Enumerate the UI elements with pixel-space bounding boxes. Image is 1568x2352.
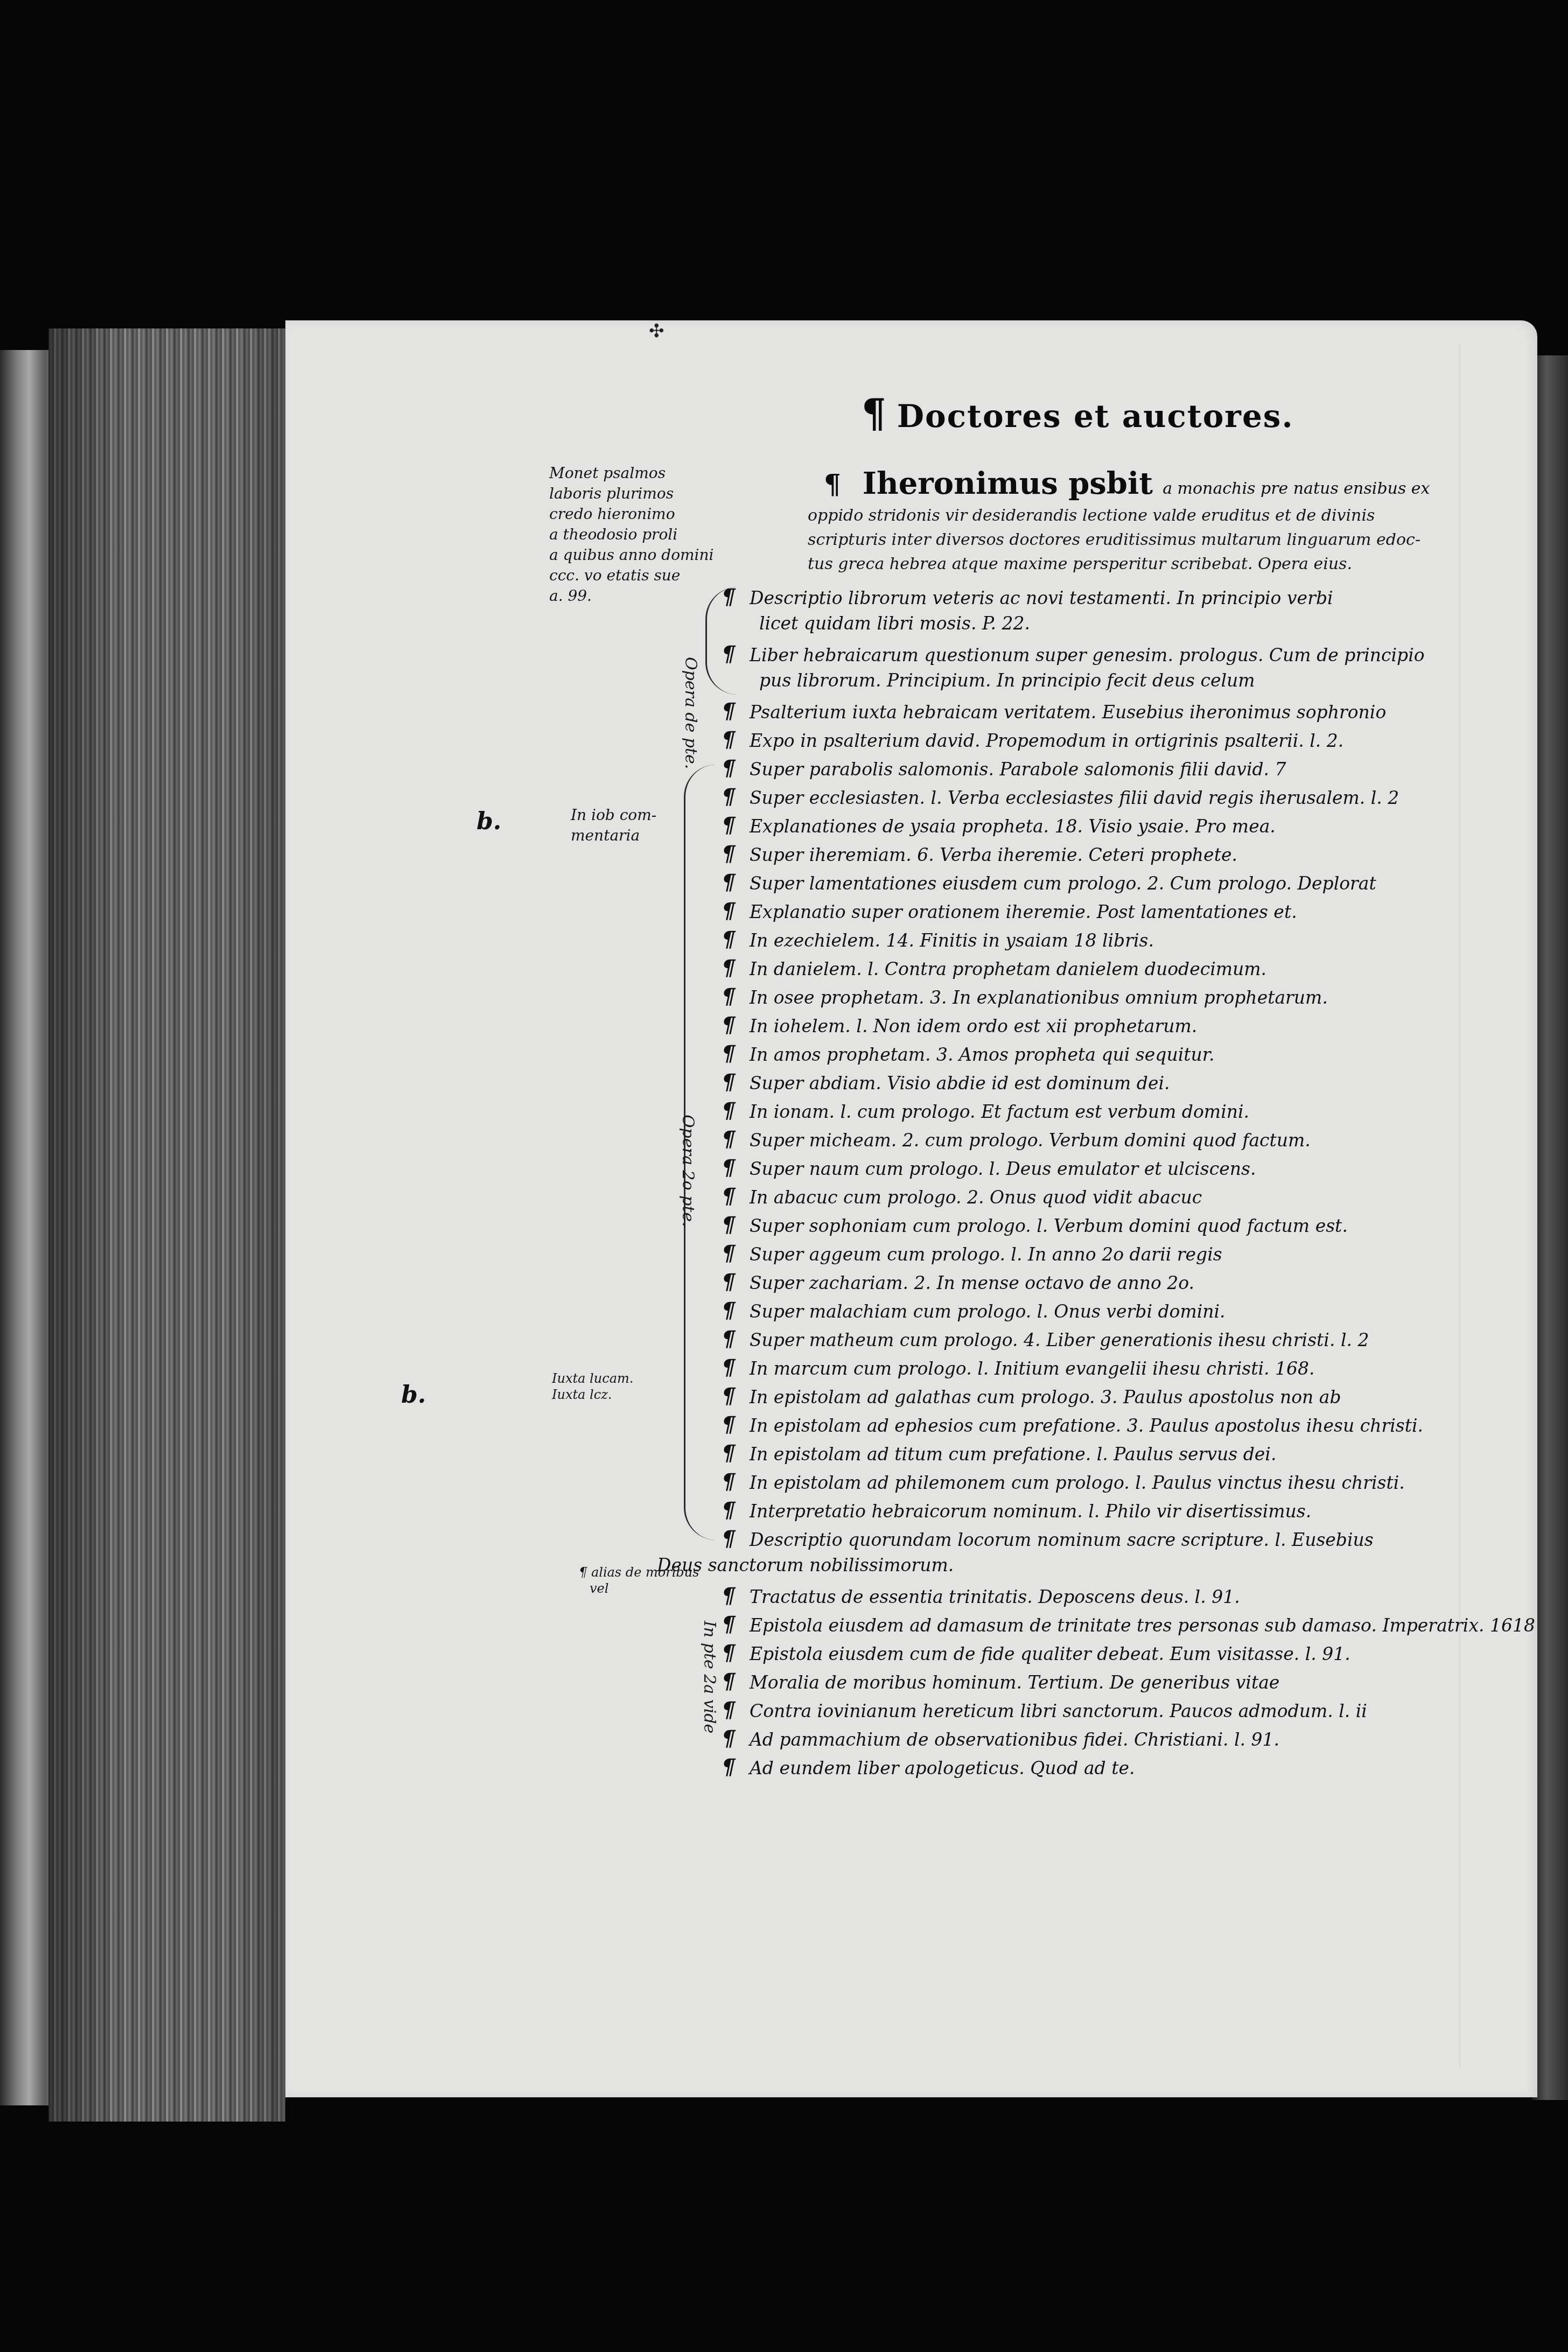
margin-line: a theodosio proli — [549, 524, 714, 545]
list-item: ¶In amos prophetam. 3. Amos propheta qui… — [722, 1041, 1502, 1069]
list-item: ¶In iohelem. l. Non idem ordo est xii pr… — [722, 1012, 1502, 1041]
right-page-fold — [1532, 355, 1568, 2100]
margin-line: credo hieronimo — [549, 504, 714, 524]
page-stack-shadow — [48, 328, 285, 2122]
entry-text: In marcum cum prologo. l. Initium evange… — [750, 1358, 1315, 1379]
list-item: ¶Ad eundem liber apologeticus. Quod ad t… — [722, 1754, 1502, 1783]
entry-text: Tractatus de essentia trinitatis. Deposc… — [750, 1586, 1240, 1607]
margin-line: ccc. vo etatis sue — [549, 565, 714, 586]
paragraph-mark-icon: ¶ — [719, 870, 748, 895]
paragraph-mark-icon: ¶ — [719, 1355, 748, 1380]
intro-line: scripturis inter diversos doctores erudi… — [808, 530, 1465, 549]
paragraph-mark-icon: ¶ — [719, 1298, 748, 1323]
paragraph-mark-icon: ¶ — [719, 1754, 748, 1780]
left-margin-note: Monet psalmos laboris plurimos credo hie… — [549, 463, 714, 606]
list-item: ¶Ad pammachium de observationibus fidei.… — [722, 1726, 1502, 1754]
list-item: ¶Descriptio librorum veteris ac novi tes… — [722, 584, 1502, 613]
list-item: ¶Super malachiam cum prologo. l. Onus ve… — [722, 1298, 1502, 1326]
margin-annotation: In iob com- mentaria — [571, 805, 656, 846]
paragraph-mark-icon: ¶ — [719, 927, 748, 952]
paragraph-mark-icon: ¶ — [719, 841, 748, 866]
entry-text: Super aggeum cum prologo. l. In anno 2o … — [750, 1244, 1222, 1265]
list-item: ¶Interpretatio hebraicorum nominum. l. P… — [722, 1497, 1502, 1526]
vertical-margin-note: Opera de pte. — [681, 657, 700, 769]
author-heading: ¶Iheronimus psbita monachis pre natus en… — [824, 466, 1430, 501]
list-item: ¶Tractatus de essentia trinitatis. Depos… — [722, 1583, 1502, 1612]
paragraph-mark-icon: ¶ — [719, 1069, 748, 1095]
paragraph-mark-icon: ¶ — [719, 898, 748, 923]
entry-text: Super abdiam. Visio abdie id est dominum… — [750, 1073, 1170, 1094]
list-item: ¶Super abdiam. Visio abdie id est dominu… — [722, 1069, 1502, 1098]
list-item: ¶Super sophoniam cum prologo. l. Verbum … — [722, 1212, 1502, 1241]
list-item: ¶Epistola eiusdem ad damasum de trinitat… — [722, 1612, 1502, 1640]
entry-text: Epistola eiusdem ad damasum de trinitate… — [750, 1615, 1535, 1636]
list-item: ¶In ezechielem. 14. Finitis in ysaiam 18… — [722, 927, 1502, 955]
list-item: ¶Moralia de moribus hominum. Tertium. De… — [722, 1669, 1502, 1697]
list-item: ¶Epistola eiusdem cum de fide qualiter d… — [722, 1640, 1502, 1669]
entry-text: Super iheremiam. 6. Verba iheremie. Cete… — [750, 844, 1237, 865]
margin-line: laboris plurimos — [549, 484, 714, 504]
list-item: ¶Expo in psalterium david. Propemodum in… — [722, 727, 1502, 755]
list-item: Deus sanctorum nobilissimorum. — [657, 1555, 1502, 1583]
entry-text: Deus sanctorum nobilissimorum. — [657, 1555, 954, 1576]
list-item: ¶Super naum cum prologo. l. Deus emulato… — [722, 1155, 1502, 1184]
margin-line: Iuxta lcz. — [552, 1387, 633, 1403]
entry-text: Super parabolis salomonis. Parabole salo… — [750, 759, 1286, 780]
entry-text: In osee prophetam. 3. In explanationibus… — [750, 987, 1328, 1008]
list-item: ¶In epistolam ad philemonem cum prologo.… — [722, 1469, 1502, 1497]
list-item: ¶In marcum cum prologo. l. Initium evang… — [722, 1355, 1502, 1383]
list-item: ¶Liber hebraicarum questionum super gene… — [722, 641, 1502, 670]
paragraph-mark-icon: ¶ — [719, 755, 748, 781]
paragraph-mark-icon: ¶ — [719, 1212, 748, 1237]
entry-text: In abacuc cum prologo. 2. Onus quod vidi… — [750, 1187, 1202, 1208]
paragraph-mark-icon: ¶ — [719, 1697, 748, 1723]
list-item: ¶Super zachariam. 2. In mense octavo de … — [722, 1269, 1502, 1298]
catalogue-entries: ¶Descriptio librorum veteris ac novi tes… — [722, 584, 1502, 1783]
paragraph-mark-icon: ¶ — [719, 1126, 748, 1152]
paragraph-mark-icon: ¶ — [719, 1669, 748, 1694]
list-item: ¶Super parabolis salomonis. Parabole sal… — [722, 755, 1502, 784]
list-item: ¶Psalterium iuxta hebraicam veritatem. E… — [722, 698, 1502, 727]
margin-line: Iuxta lucam. — [552, 1370, 633, 1387]
list-item: ¶In epistolam ad ephesios cum prefatione… — [722, 1412, 1502, 1440]
paragraph-mark-icon: ¶ — [719, 1583, 748, 1608]
heading-title: Doctores et auctores. — [897, 398, 1294, 435]
margin-line: In iob com- — [571, 805, 656, 825]
entry-text: Epistola eiusdem cum de fide qualiter de… — [750, 1643, 1350, 1664]
entry-text: In amos prophetam. 3. Amos propheta qui … — [750, 1044, 1214, 1065]
list-item: pus librorum. Principium. In principio f… — [722, 670, 1502, 698]
entry-text: Liber hebraicarum questionum super genes… — [750, 645, 1425, 666]
entry-text: In iohelem. l. Non idem ordo est xii pro… — [750, 1016, 1197, 1037]
paragraph-mark-icon: ¶ — [719, 984, 748, 1009]
entry-text: Super zachariam. 2. In mense octavo de a… — [750, 1272, 1194, 1293]
paragraph-mark-icon: ¶ — [719, 1041, 748, 1066]
entry-text: Ad eundem liber apologeticus. Quod ad te… — [750, 1758, 1135, 1779]
entry-text: Expo in psalterium david. Propemodum in … — [750, 730, 1343, 751]
vertical-margin-note: Opera 2o pte. — [678, 1115, 697, 1227]
paragraph-mark-icon: ¶ — [719, 727, 748, 752]
entry-text: Explanatio super orationem iheremie. Pos… — [750, 901, 1297, 922]
list-item: ¶Super matheum cum prologo. 4. Liber gen… — [722, 1326, 1502, 1355]
list-item: ¶Super ecclesiasten. l. Verba ecclesiast… — [722, 784, 1502, 813]
margin-line: Monet psalmos — [549, 463, 714, 484]
entry-text: In epistolam ad philemonem cum prologo. … — [750, 1472, 1405, 1493]
list-item: ¶In epistolam ad galathas cum prologo. 3… — [722, 1383, 1502, 1412]
margin-line: a quibus anno domini — [549, 545, 714, 565]
pilcrow-icon: ¶ — [824, 468, 841, 500]
margin-letter-b: b. — [401, 1381, 426, 1409]
paragraph-mark-icon: ¶ — [719, 955, 748, 981]
entry-text: In danielem. l. Contra prophetam daniele… — [750, 958, 1266, 979]
list-item: ¶Super aggeum cum prologo. l. In anno 2o… — [722, 1241, 1502, 1269]
list-item: ¶Contra iovinianum hereticum libri sanct… — [722, 1697, 1502, 1726]
paragraph-mark-icon: ¶ — [719, 1640, 748, 1665]
entry-text: Interpretatio hebraicorum nominum. l. Ph… — [750, 1501, 1311, 1522]
entry-text: In ionam. l. cum prologo. Et factum est … — [750, 1101, 1249, 1122]
paragraph-mark-icon: ¶ — [719, 698, 748, 724]
entry-text: Super malachiam cum prologo. l. Onus ver… — [750, 1301, 1226, 1322]
entry-text: Descriptio quorundam locorum nominum sac… — [750, 1529, 1374, 1550]
entry-text: Ad pammachium de observationibus fidei. … — [750, 1729, 1279, 1750]
entry-text: In ezechielem. 14. Finitis in ysaiam 18 … — [750, 930, 1154, 951]
author-name: Iheronimus psbit — [863, 466, 1153, 501]
paragraph-mark-icon: ¶ — [719, 1012, 748, 1038]
paragraph-mark-icon: ¶ — [719, 1241, 748, 1266]
page-heading: ¶Doctores et auctores. — [862, 390, 1294, 436]
paragraph-mark-icon: ¶ — [719, 1098, 748, 1123]
top-decoration-mark: ✣ — [649, 320, 664, 342]
list-item: ¶In ionam. l. cum prologo. Et factum est… — [722, 1098, 1502, 1126]
paragraph-mark-icon: ¶ — [719, 1469, 748, 1494]
intro-line: oppido stridonis vir desiderandis lectio… — [808, 506, 1465, 525]
entry-text: In epistolam ad galathas cum prologo. 3.… — [750, 1387, 1341, 1408]
vertical-margin-note: In pte 2a vide — [700, 1621, 719, 1733]
entry-text: Super ecclesiasten. l. Verba ecclesiaste… — [750, 787, 1399, 808]
margin-annotation: Iuxta lucam. Iuxta lcz. — [552, 1370, 633, 1403]
paragraph-mark-icon: ¶ — [719, 1440, 748, 1466]
pilcrow-icon: ¶ — [862, 390, 887, 436]
entry-text: Descriptio librorum veteris ac novi test… — [750, 587, 1333, 608]
entry-text: Super matheum cum prologo. 4. Liber gene… — [750, 1329, 1369, 1350]
list-item: ¶Explanatio super orationem iheremie. Po… — [722, 898, 1502, 927]
list-item: ¶In danielem. l. Contra prophetam daniel… — [722, 955, 1502, 984]
entry-text: pus librorum. Principium. In principio f… — [759, 670, 1255, 691]
entry-text: Super micheam. 2. cum prologo. Verbum do… — [750, 1130, 1311, 1151]
list-item: ¶Super iheremiam. 6. Verba iheremie. Cet… — [722, 841, 1502, 870]
list-item: ¶Super lamentationes eiusdem cum prologo… — [722, 870, 1502, 898]
paragraph-mark-icon: ¶ — [719, 584, 748, 610]
entry-text: Psalterium iuxta hebraicam veritatem. Eu… — [750, 702, 1386, 723]
paragraph-mark-icon: ¶ — [719, 813, 748, 838]
entry-text: licet quidam libri mosis. P. 22. — [759, 613, 1030, 634]
entry-text: Super lamentationes eiusdem cum prologo.… — [750, 873, 1376, 894]
paragraph-mark-icon: ¶ — [719, 1155, 748, 1180]
margin-line: a. 99. — [549, 586, 714, 606]
paragraph-mark-icon: ¶ — [719, 1383, 748, 1409]
intro-line: tus greca hebrea atque maxime persperitu… — [808, 555, 1465, 573]
paragraph-mark-icon: ¶ — [719, 641, 748, 667]
paragraph-mark-icon: ¶ — [719, 1726, 748, 1751]
entry-text: Contra iovinianum hereticum libri sancto… — [750, 1700, 1367, 1721]
paragraph-mark-icon: ¶ — [719, 1326, 748, 1352]
list-item: ¶Descriptio quorundam locorum nominum sa… — [722, 1526, 1502, 1555]
list-item: licet quidam libri mosis. P. 22. — [722, 613, 1502, 641]
list-item: ¶Explanationes de ysaia propheta. 18. Vi… — [722, 813, 1502, 841]
paragraph-mark-icon: ¶ — [719, 1612, 748, 1637]
paragraph-mark-icon: ¶ — [719, 1184, 748, 1209]
paragraph-mark-icon: ¶ — [719, 784, 748, 809]
paragraph-mark-icon: ¶ — [719, 1412, 748, 1437]
list-item: ¶In epistolam ad titum cum prefatione. l… — [722, 1440, 1502, 1469]
entry-text: Super naum cum prologo. l. Deus emulator… — [750, 1158, 1256, 1179]
entry-text: In epistolam ad ephesios cum prefatione.… — [750, 1415, 1423, 1436]
list-item: ¶In osee prophetam. 3. In explanationibu… — [722, 984, 1502, 1012]
margin-line: mentaria — [571, 825, 656, 846]
entry-text: In epistolam ad titum cum prefatione. l.… — [750, 1444, 1276, 1465]
entry-text: Explanationes de ysaia propheta. 18. Vis… — [750, 816, 1276, 837]
paragraph-mark-icon: ¶ — [719, 1526, 748, 1551]
entry-text: Moralia de moribus hominum. Tertium. De … — [750, 1672, 1279, 1693]
list-item: ¶In abacuc cum prologo. 2. Onus quod vid… — [722, 1184, 1502, 1212]
entry-text: Super sophoniam cum prologo. l. Verbum d… — [750, 1215, 1348, 1236]
paragraph-mark-icon: ¶ — [719, 1497, 748, 1523]
paragraph-mark-icon: ¶ — [719, 1269, 748, 1294]
margin-letter-b: b. — [477, 808, 501, 835]
intro-line: a monachis pre natus ensibus ex — [1163, 479, 1430, 498]
list-item: ¶Super micheam. 2. cum prologo. Verbum d… — [722, 1126, 1502, 1155]
